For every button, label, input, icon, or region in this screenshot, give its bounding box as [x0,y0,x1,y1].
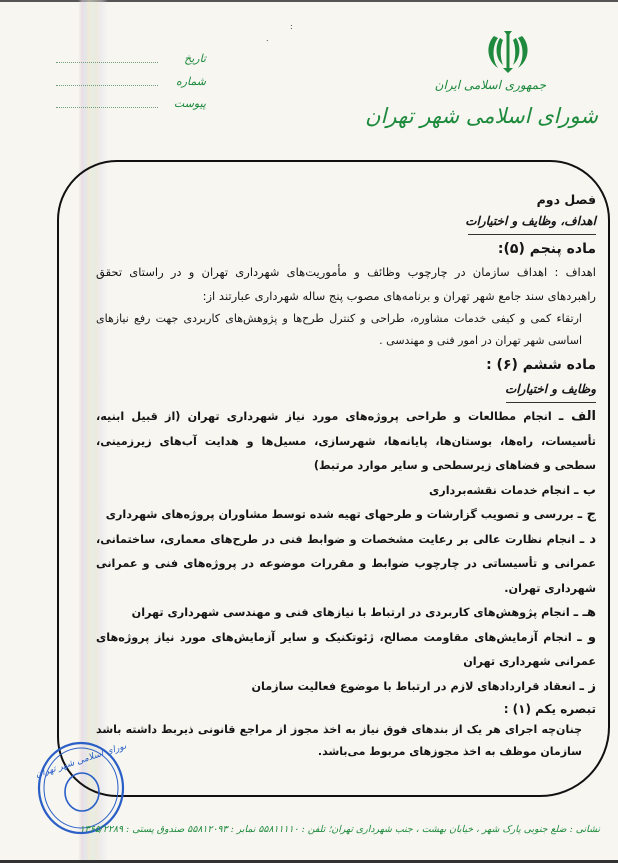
item-marker: هـ ـ [574,605,596,620]
divider [506,402,596,403]
country-name: جمهوری اسلامی ایران [435,78,546,92]
date-dotted-line [56,62,158,63]
article-5-title: ماده پنجم (۵): [96,240,596,258]
item-text: انجام نظارت عالی بر رعایت مشخصات و ضوابط… [96,533,596,595]
council-stamp: شورای اسلامی شهر تهران [36,740,126,836]
list-item: و ـ انجام آزمایش‌های مقاومت مصالح، ژئوتک… [96,626,596,675]
date-field: تاریخ [56,52,206,70]
item-text: انجام مطالعات و طراحی پروژه‌های مورد نیا… [96,410,596,472]
item-marker: ز ـ [580,679,596,694]
item-text: انجام خدمات نقشه‌برداری [429,484,570,497]
list-item: ج ـ بررسی و تصویب گزارشات و طرحهای تهیه … [96,503,596,528]
number-field: شماره [56,75,206,93]
attachment-field: پیوست [56,97,206,115]
item-text: انجام آزمایش‌های مقاومت مصالح، ژئوتکنیک … [96,631,596,669]
item-marker: و ـ [577,630,596,645]
chapter-title: فصل دوم [96,192,596,208]
list-item: د ـ انجام نظارت عالی بر رعایت مشخصات و ض… [96,528,596,602]
date-label: تاریخ [184,52,206,65]
chapter-subtitle: اهداف، وظایف و اختیارات [96,214,596,228]
item-marker: ج ـ [578,507,596,522]
list-item: هـ ـ انجام پژوهش‌های کاربردی در ارتباط ب… [96,601,596,626]
footer-address: نشانی : ضلع جنوبی پارک شهر ، خیابان بهشت… [95,824,600,835]
article-5-goal: ارتقاء کمی و کیفی خدمات مشاوره، طراحی و … [96,308,596,352]
scan-speck: : [290,22,293,31]
list-item: ب ـ انجام خدمات نقشه‌برداری [96,479,596,504]
list-item: ز ـ انعقاد قراردادهای لازم در ارتباط با … [96,675,596,700]
scan-speck: . [266,34,269,43]
article-6-title: ماده ششم (۶) : [96,356,596,374]
item-marker: ب ـ [574,483,596,498]
note-body: چنان‌چه اجرای هر یک از بندهای فوق نیاز ب… [96,719,596,763]
document-body: فصل دوم اهداف، وظایف و اختیارات ماده پنج… [96,192,596,763]
article-6-subtitle: وظایف و اختیارات [96,382,596,396]
attachment-dotted-line [56,107,158,108]
item-text: انعقاد قراردادهای لازم در ارتباط با موضو… [251,680,575,693]
item-marker: د ـ [580,532,596,547]
item-text: انجام پژوهش‌های کاربردی در ارتباط با نیا… [132,606,570,619]
iran-emblem-icon [484,28,532,74]
attachment-label: پیوست [174,97,206,110]
article-5-paragraph: اهداف : اهداف سازمان در چارچوب وظائف و م… [96,260,596,308]
number-label: شماره [176,75,206,88]
divider [468,234,596,235]
note-title: تبصره یکم (۱) : [96,699,596,719]
list-item: الف ـ انجام مطالعات و طراحی پروژه‌های مو… [96,405,596,479]
stamp-text: شورای اسلامی شهر تهران [36,740,126,780]
item-marker: الف ـ [559,409,596,424]
number-dotted-line [56,85,158,86]
item-text: بررسی و تصویب گزارشات و طرحهای تهیه شده … [106,508,574,521]
council-name: شورای اسلامی شهر تهران [365,104,598,128]
